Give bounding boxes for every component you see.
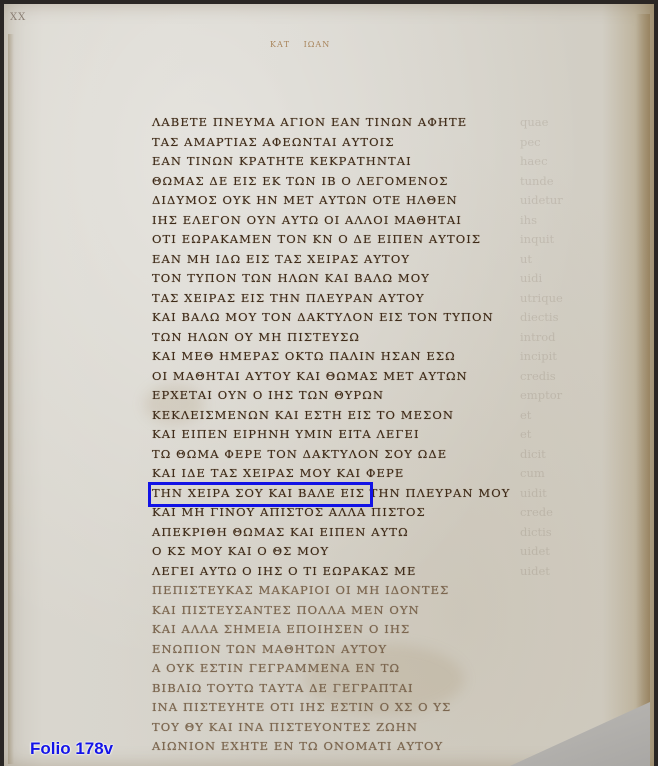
text-line: ΠΕΠΙΣΤΕΥΚΑΣ ΜΑΚΑΡΙΟΙ ΟΙ ΜΗ ΙΔΟΝΤΕΣ	[152, 581, 552, 601]
text-line: ΚΕΚΛΕΙΣΜΕΝΩΝ ΚΑΙ ΕΣΤΗ ΕΙΣ ΤΟ ΜΕΣΟΝ	[152, 406, 552, 426]
text-column: ΛΑΒΕΤΕ ΠΝΕΥΜΑ ΑΓΙΟΝ ΕΑΝ ΤΙΝΩΝ ΑΦΗΤΕΤΑΣ Α…	[152, 113, 552, 757]
text-line: ΕΡΧΕΤΑΙ ΟΥΝ Ο ΙΗΣ ΤΩΝ ΘΥΡΩΝ	[152, 386, 552, 406]
text-line: ΤΟΝ ΤΥΠΟΝ ΤΩΝ ΗΛΩΝ ΚΑΙ ΒΑΛΩ ΜΟΥ	[152, 269, 552, 289]
text-line: Α ΟΥΚ ΕΣΤΙΝ ΓΕΓΡΑΜΜΕΝΑ ΕΝ ΤΩ	[152, 659, 552, 679]
page-right-edge	[636, 14, 650, 714]
text-line: ΚΑΙ ΒΑΛΩ ΜΟΥ ΤΟΝ ΔΑΚΤΥΛΟΝ ΕΙΣ ΤΟΝ ΤΥΠΟΝ	[152, 308, 552, 328]
text-line: ΚΑΙ ΠΙΣΤΕΥΣΑΝΤΕΣ ΠΟΛΛΑ ΜΕΝ ΟΥΝ	[152, 601, 552, 621]
text-line: ΚΑΙ ΕΙΠΕΝ ΕΙΡΗΝΗ ΥΜΙΝ ΕΙΤΑ ΛΕΓΕΙ	[152, 425, 552, 445]
text-line: ΘΩΜΑΣ ΔΕ ΕΙΣ ΕΚ ΤΩΝ ΙΒ Ο ΛΕΓΟΜΕΝΟΣ	[152, 172, 552, 192]
text-line: ΕΝΩΠΙΟΝ ΤΩΝ ΜΑΘΗΤΩΝ ΑΥΤΟΥ	[152, 640, 552, 660]
text-line: ΤΩΝ ΗΛΩΝ ΟΥ ΜΗ ΠΙΣΤΕΥΣΩ	[152, 328, 552, 348]
text-line: ΤΩ ΘΩΜΑ ΦΕΡΕ ΤΟΝ ΔΑΚΤΥΛΟΝ ΣΟΥ ΩΔΕ	[152, 445, 552, 465]
text-line: ΤΑΣ ΧΕΙΡΑΣ ΕΙΣ ΤΗΝ ΠΛΕΥΡΑΝ ΑΥΤΟΥ	[152, 289, 552, 309]
text-line: ΑΠΕΚΡΙΘΗ ΘΩΜΑΣ ΚΑΙ ΕΙΠΕΝ ΑΥΤΩ	[152, 523, 552, 543]
text-line: ΚΑΙ ΑΛΛΑ ΣΗΜΕΙΑ ΕΠΟΙΗΣΕΝ Ο ΙΗΣ	[152, 620, 552, 640]
text-line: ΕΑΝ ΤΙΝΩΝ ΚΡΑΤΗΤΕ ΚΕΚΡΑΤΗΝΤΑΙ	[152, 152, 552, 172]
highlight-box	[148, 482, 373, 507]
text-line: ΑΙΩΝΙΟΝ ΕΧΗΤΕ ΕΝ ΤΩ ΟΝΟΜΑΤΙ ΑΥΤΟΥ	[152, 737, 552, 757]
highlighted-text-line: Ο ΚΣ ΜΟΥ ΚΑΙ Ο ΘΣ ΜΟΥ	[152, 542, 552, 562]
quire-mark: XX	[10, 12, 26, 23]
text-line: ΚΑΙ ΜΕΘ ΗΜΕΡΑΣ ΟΚΤΩ ΠΑΛΙΝ ΗΣΑΝ ΕΣΩ	[152, 347, 552, 367]
text-line: ΕΑΝ ΜΗ ΙΔΩ ΕΙΣ ΤΑΣ ΧΕΙΡΑΣ ΑΥΤΟΥ	[152, 250, 552, 270]
text-line: ΒΙΒΛΙΩ ΤΟΥΤΩ ΤΑΥΤΑ ΔΕ ΓΕΓΡΑΠΤΑΙ	[152, 679, 552, 699]
page-left-edge	[8, 34, 14, 764]
text-line: ΟΙ ΜΑΘΗΤΑΙ ΑΥΤΟΥ ΚΑΙ ΘΩΜΑΣ ΜΕΤ ΑΥΤΩΝ	[152, 367, 552, 387]
text-line: ΔΙΔΥΜΟΣ ΟΥΚ ΗΝ ΜΕΤ ΑΥΤΩΝ ΟΤΕ ΗΛΘΕΝ	[152, 191, 552, 211]
text-line: ΤΟΥ ΘΥ ΚΑΙ ΙΝΑ ΠΙΣΤΕΥΟΝΤΕΣ ΖΩΗΝ	[152, 718, 552, 738]
running-title-part: ΚΑΤ	[270, 40, 290, 49]
text-line: ΚΑΙ ΙΔΕ ΤΑΣ ΧΕΙΡΑΣ ΜΟΥ ΚΑΙ ΦΕΡΕ	[152, 464, 552, 484]
text-line: ΛΑΒΕΤΕ ΠΝΕΥΜΑ ΑΓΙΟΝ ΕΑΝ ΤΙΝΩΝ ΑΦΗΤΕ	[152, 113, 552, 133]
text-line: ΛΕΓΕΙ ΑΥΤΩ Ο ΙΗΣ Ο ΤΙ ΕΩΡΑΚΑΣ ΜΕ	[152, 562, 552, 582]
text-line: ΤΑΣ ΑΜΑΡΤΙΑΣ ΑΦΕΩΝΤΑΙ ΑΥΤΟΙΣ	[152, 133, 552, 153]
running-title: ΚΑΤ ΙΩΑΝ	[270, 40, 330, 49]
text-line: ΟΤΙ ΕΩΡΑΚΑΜΕΝ ΤΟΝ ΚΝ Ο ΔΕ ΕΙΠΕΝ ΑΥΤΟΙΣ	[152, 230, 552, 250]
text-line: ΙΗΣ ΕΛΕΓΟΝ ΟΥΝ ΑΥΤΩ ΟΙ ΑΛΛΟΙ ΜΑΘΗΤΑΙ	[152, 211, 552, 231]
running-title-part: ΙΩΑΝ	[304, 40, 331, 49]
folio-label: Folio 178v	[30, 739, 113, 759]
text-line: ΙΝΑ ΠΙΣΤΕΥΗΤΕ ΟΤΙ ΙΗΣ ΕΣΤΙΝ Ο ΧΣ Ο ΥΣ	[152, 698, 552, 718]
